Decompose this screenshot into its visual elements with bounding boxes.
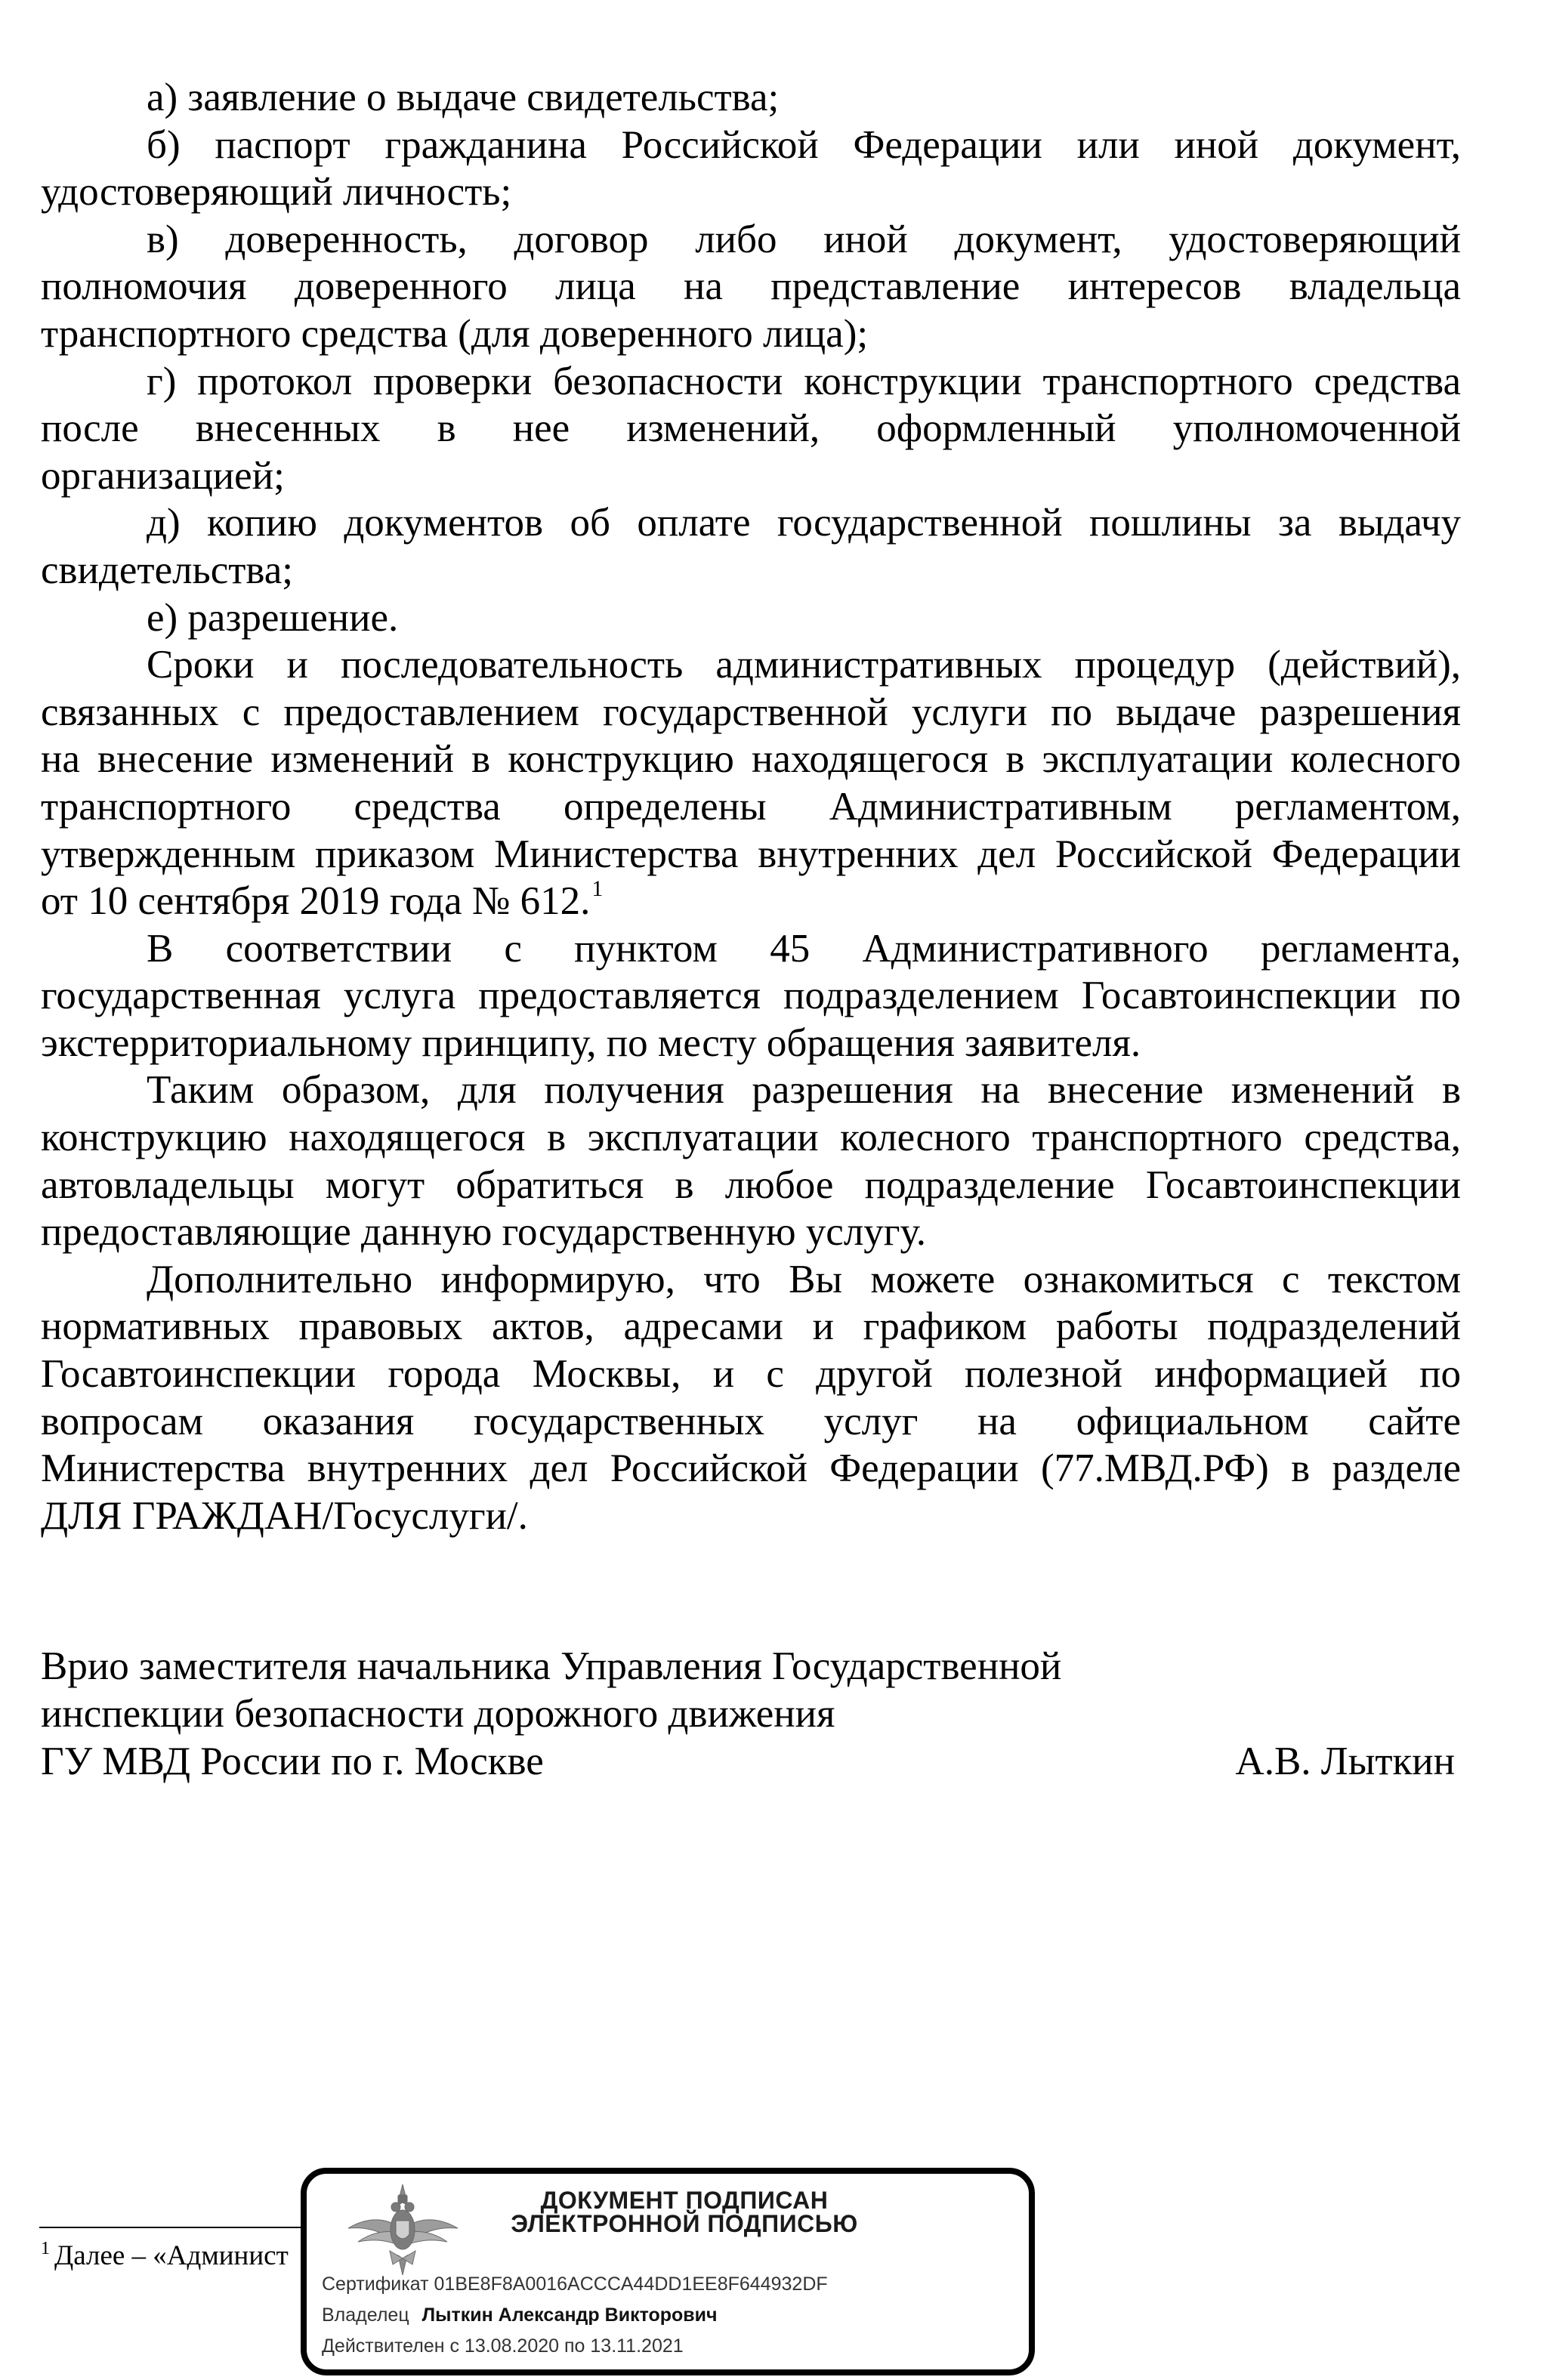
paragraph-conclusion-line: конструкцию находящегося в эксплуатации …	[41, 1114, 1461, 1162]
paragraph-additional-info-line: ДЛЯ ГРАЖДАН/Госуслуги/.	[41, 1493, 1461, 1540]
footnote-separator	[39, 2227, 311, 2228]
paragraph-terms: Сроки и последовательность административ…	[41, 641, 1461, 689]
paragraph-conclusion-line: автовладельцы могут обратиться в любое п…	[41, 1162, 1461, 1209]
paragraph-additional-info: Дополнительно информирую, что Вы можете …	[41, 1256, 1461, 1304]
stamp-owner-row: Владелец Лыткин Александр Викторович	[322, 2300, 828, 2331]
stamp-title: ДОКУМЕНТ ПОДПИСАН ЭЛЕКТРОННОЙ ПОДПИСЬЮ	[480, 2189, 888, 2236]
footnote-marker: 1	[41, 2239, 50, 2258]
signatory-name: А.В. Лыткин	[1235, 1738, 1461, 1786]
mvd-eagle-emblem-icon	[344, 2183, 462, 2277]
list-item-g-cont: после внесенных в нее изменений, оформле…	[41, 405, 1461, 452]
list-item-v-cont: полномочия доверенного лица на представл…	[41, 263, 1461, 310]
paragraph-terms-line: на внесение изменений в конструкцию нахо…	[41, 736, 1461, 783]
certificate-value: 01BE8F8A0016ACCCA44DD1EE8F644932DF	[434, 2274, 828, 2295]
list-item-v-cont: транспортного средства (для доверенного …	[41, 310, 1461, 358]
paragraph-terms-line: утвержденным приказом Министерства внутр…	[41, 831, 1461, 878]
list-item-d: д) копию документов об оплате государств…	[41, 499, 1461, 547]
signature-position-text: ГУ МВД России по г. Москве	[41, 1738, 544, 1786]
paragraph-conclusion: Таким образом, для получения разрешения …	[41, 1067, 1461, 1114]
footnote-reference[interactable]: 1	[591, 876, 603, 901]
paragraph-clause-45: В соответствии с пунктом 45 Администрати…	[41, 925, 1461, 973]
validity-text: Действителен с 13.08.2020 по 13.11.2021	[322, 2335, 684, 2357]
signature-position-line: ГУ МВД России по г. Москве А.В. Лыткин	[41, 1738, 1461, 1786]
list-item-v: в) доверенность, договор либо иной докум…	[41, 216, 1461, 264]
e-signature-stamp: ДОКУМЕНТ ПОДПИСАН ЭЛЕКТРОННОЙ ПОДПИСЬЮ С…	[301, 2168, 1035, 2375]
paragraph-terms-last-line: от 10 сентября 2019 года № 612.1	[41, 878, 1461, 925]
list-item-g-cont: организацией;	[41, 452, 1461, 500]
certificate-label: Сертификат	[322, 2274, 429, 2295]
paragraph-additional-info-line: Министерства внутренних дел Российской Ф…	[41, 1445, 1461, 1493]
stamp-certificate-row: Сертификат 01BE8F8A0016ACCCA44DD1EE8F644…	[322, 2269, 828, 2300]
owner-value: Лыткин Александр Викторович	[422, 2304, 718, 2326]
owner-label: Владелец	[322, 2304, 409, 2326]
paragraph-clause-45-line: экстерриториальному принципу, по месту о…	[41, 1020, 1461, 1067]
list-item-d-cont: свидетельства;	[41, 547, 1461, 594]
list-item-b: б) паспорт гражданина Российской Федерац…	[41, 122, 1461, 169]
stamp-title-line-1: ДОКУМЕНТ ПОДПИСАН	[480, 2189, 888, 2212]
paragraph-terms-line: связанных с предоставлением государствен…	[41, 689, 1461, 736]
paragraph-terms-line: транспортного средства определены Админи…	[41, 783, 1461, 831]
footnote-text: Далее – «Админист	[54, 2240, 289, 2271]
paragraph-terms-last-text: от 10 сентября 2019 года № 612.	[41, 879, 590, 923]
signature-position-text: Врио заместителя начальника Управления Г…	[41, 1643, 1061, 1690]
paragraph-additional-info-line: вопросам оказания государственных услуг …	[41, 1398, 1461, 1446]
paragraph-additional-info-line: нормативных правовых актов, адресами и г…	[41, 1303, 1461, 1351]
signature-position-line: Врио заместителя начальника Управления Г…	[41, 1643, 1461, 1690]
list-item-a: а) заявление о выдаче свидетельства;	[41, 74, 1461, 122]
footnote: 1Далее – «Админист	[41, 2240, 289, 2276]
signature-block: Врио заместителя начальника Управления Г…	[41, 1643, 1461, 1786]
paragraph-additional-info-line: Госавтоинспекции города Москвы, и с друг…	[41, 1351, 1461, 1398]
stamp-details: Сертификат 01BE8F8A0016ACCCA44DD1EE8F644…	[322, 2269, 828, 2362]
list-item-b-cont: удостоверяющий личность;	[41, 168, 1461, 216]
signature-position-line: инспекции безопасности дорожного движени…	[41, 1690, 1461, 1738]
signature-position-text: инспекции безопасности дорожного движени…	[41, 1690, 835, 1738]
paragraph-conclusion-line: предоставляющие данную государственную у…	[41, 1209, 1461, 1256]
paragraph-clause-45-line: государственная услуга предоставляется п…	[41, 972, 1461, 1020]
letter-body: а) заявление о выдаче свидетельства; б) …	[41, 74, 1461, 1539]
list-item-g: г) протокол проверки безопасности констр…	[41, 358, 1461, 406]
stamp-validity-row: Действителен с 13.08.2020 по 13.11.2021	[322, 2331, 828, 2362]
list-item-e: е) разрешение.	[41, 594, 1461, 642]
stamp-title-line-2: ЭЛЕКТРОННОЙ ПОДПИСЬЮ	[480, 2212, 888, 2236]
document-page: а) заявление о выдаче свидетельства; б) …	[0, 0, 1547, 2380]
